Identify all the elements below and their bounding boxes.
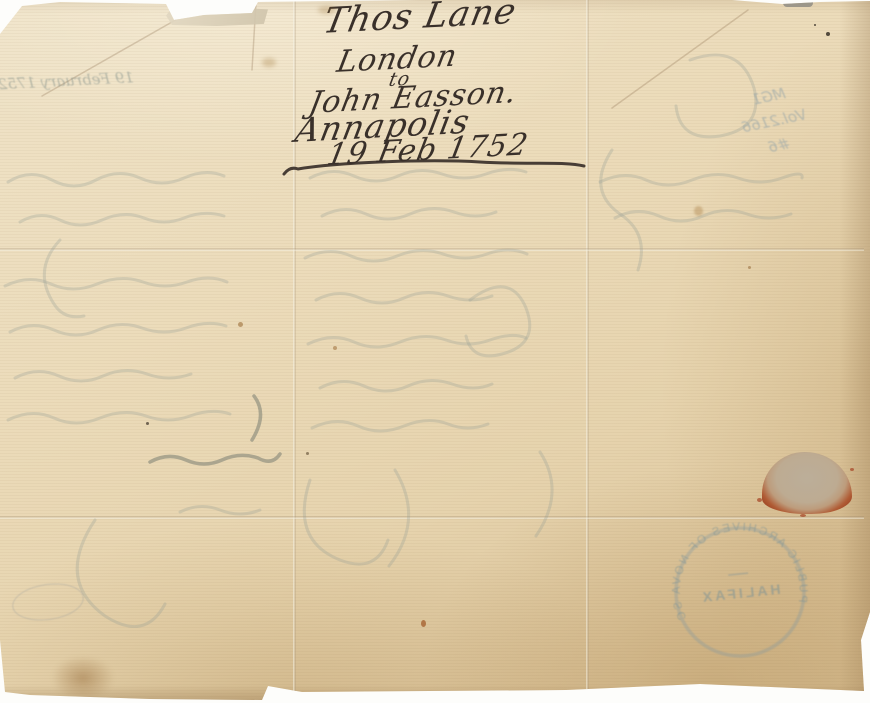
wax-speck <box>800 514 806 517</box>
rust-spot <box>421 620 426 627</box>
wax-speck <box>757 498 762 502</box>
dark-speck <box>826 32 830 36</box>
fox-spot <box>238 322 243 327</box>
torn-paper-flap <box>166 0 268 26</box>
fox-spot <box>333 346 337 350</box>
wax-speck <box>850 468 854 471</box>
archives-stamp: PUBLIC ARCHIVES OF NOVA SCOTIA HALIFAX <box>652 504 828 680</box>
fox-spot <box>306 452 309 455</box>
stain-spot <box>318 6 336 14</box>
stain-spot <box>262 58 276 67</box>
stamp-center-text: HALIFAX <box>699 581 781 605</box>
mounting-tab <box>783 0 813 7</box>
letter-paper: 19 February 1752 MG1 Vol.2166 #6 Thos La… <box>0 0 870 703</box>
document-photograph: 19 February 1752 MG1 Vol.2166 #6 Thos La… <box>0 0 870 703</box>
dark-speck <box>814 24 816 26</box>
bottom-left-stain <box>52 656 114 700</box>
fox-spot <box>146 422 149 425</box>
stamp-ornament-dash <box>728 573 748 575</box>
fox-spot <box>748 266 751 269</box>
address-flourish-underline <box>280 156 590 180</box>
stain-spot <box>694 206 703 216</box>
